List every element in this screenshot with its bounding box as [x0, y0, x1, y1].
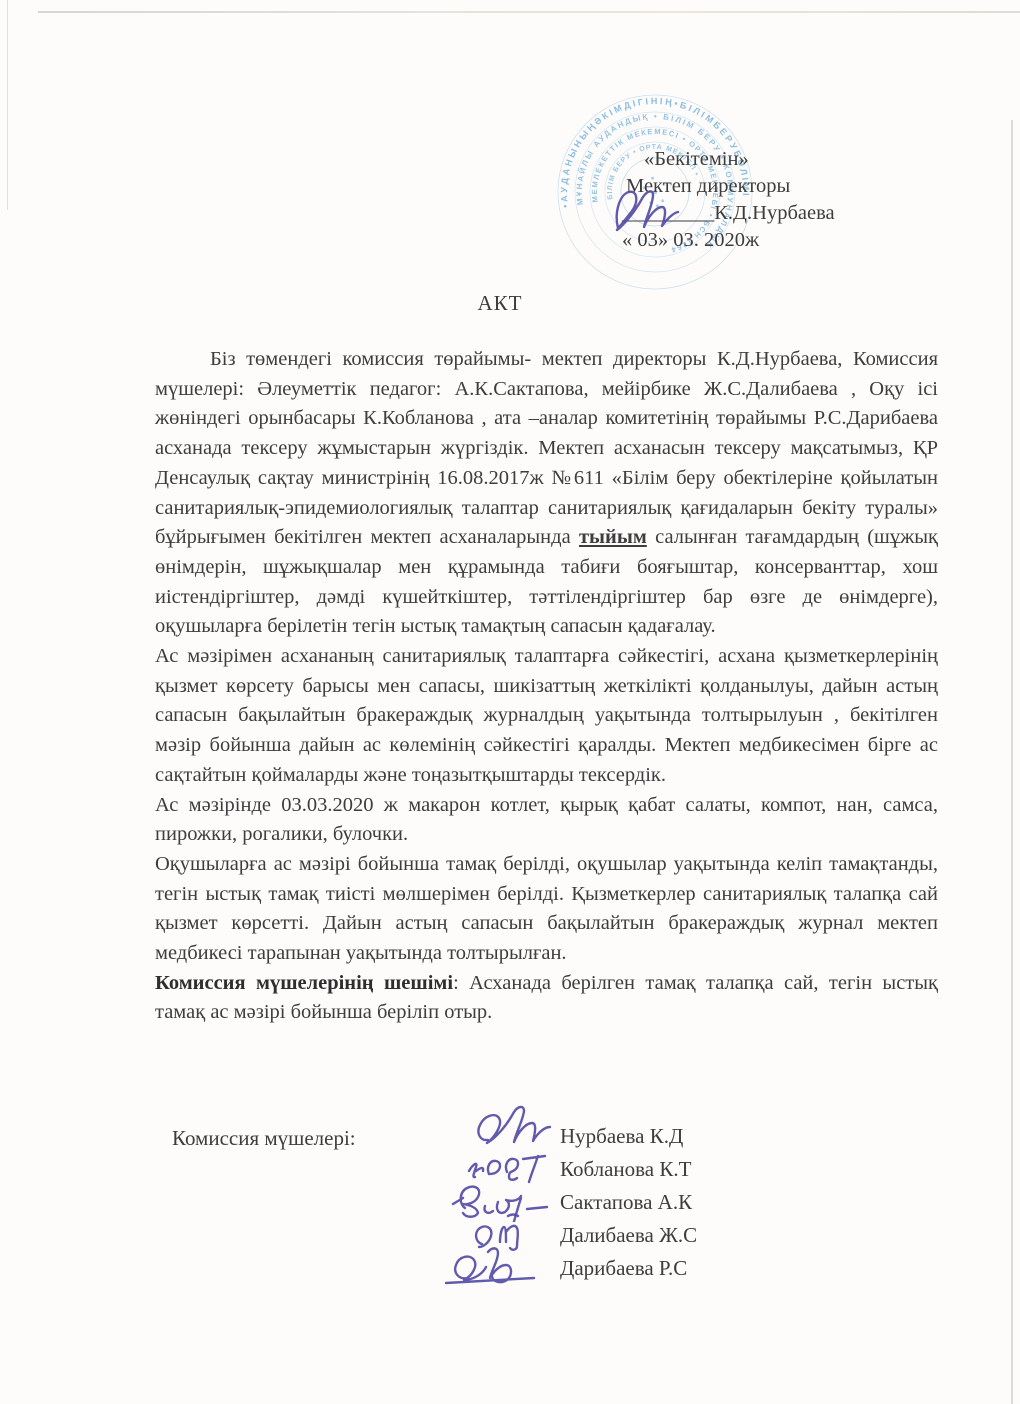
paragraph-intro-text-1: Біз төмендегі комиссия төрайымы- мектеп … — [155, 348, 938, 548]
document-title: АКТ — [155, 291, 845, 316]
paragraph-intro: Біз төмендегі комиссия төрайымы- мектеп … — [155, 345, 938, 642]
scan-edge-right — [1011, 120, 1013, 1404]
member-name-daribaeva: Дарибаева Р.С — [560, 1256, 820, 1281]
paragraph-menu: Ас мәзірінде 03.03.2020 ж макарон котлет… — [155, 791, 938, 850]
approval-block: «Бекітемін» Мектеп директоры _________К.… — [622, 146, 912, 254]
scanned-document-page: • А У Д А Н Ы Н Ы Ң Ә К І М Д І Г І Н І … — [0, 0, 1020, 1404]
member-name-nurbaeva: Нурбаева К.Д — [560, 1124, 820, 1149]
director-name: К.Д.Нурбаева — [714, 202, 834, 224]
forbidden-keyword: тыйым — [579, 526, 647, 548]
member-name-koblanova: Кобланова К.Т — [560, 1157, 820, 1182]
paragraph-inspection: Ас мәзірімен асхананың санитариялық тала… — [155, 642, 938, 791]
approval-word: «Бекітемін» — [622, 146, 912, 173]
scan-edge-top — [38, 11, 1020, 13]
scan-edge-left — [7, 0, 8, 210]
director-signature-icon — [610, 184, 692, 240]
decision-lead: Комиссия мүшелерінің шешімі — [155, 972, 453, 994]
commission-members-label: Комиссия мүшелері: — [172, 1126, 356, 1151]
signature-daribaeva-icon — [442, 1238, 552, 1290]
member-name-saktapova: Сактапова А.К — [560, 1190, 820, 1215]
paragraph-results: Оқушыларға ас мәзірі бойынша тамақ беріл… — [155, 850, 938, 969]
member-name-dalibaeva: Далибаева Ж.С — [560, 1223, 820, 1248]
signature-nurbaeva-icon — [472, 1100, 562, 1152]
document-body: Біз төмендегі комиссия төрайымы- мектеп … — [155, 345, 938, 1028]
paragraph-decision: Комиссия мүшелерінің шешімі: Асханада бе… — [155, 969, 938, 1028]
